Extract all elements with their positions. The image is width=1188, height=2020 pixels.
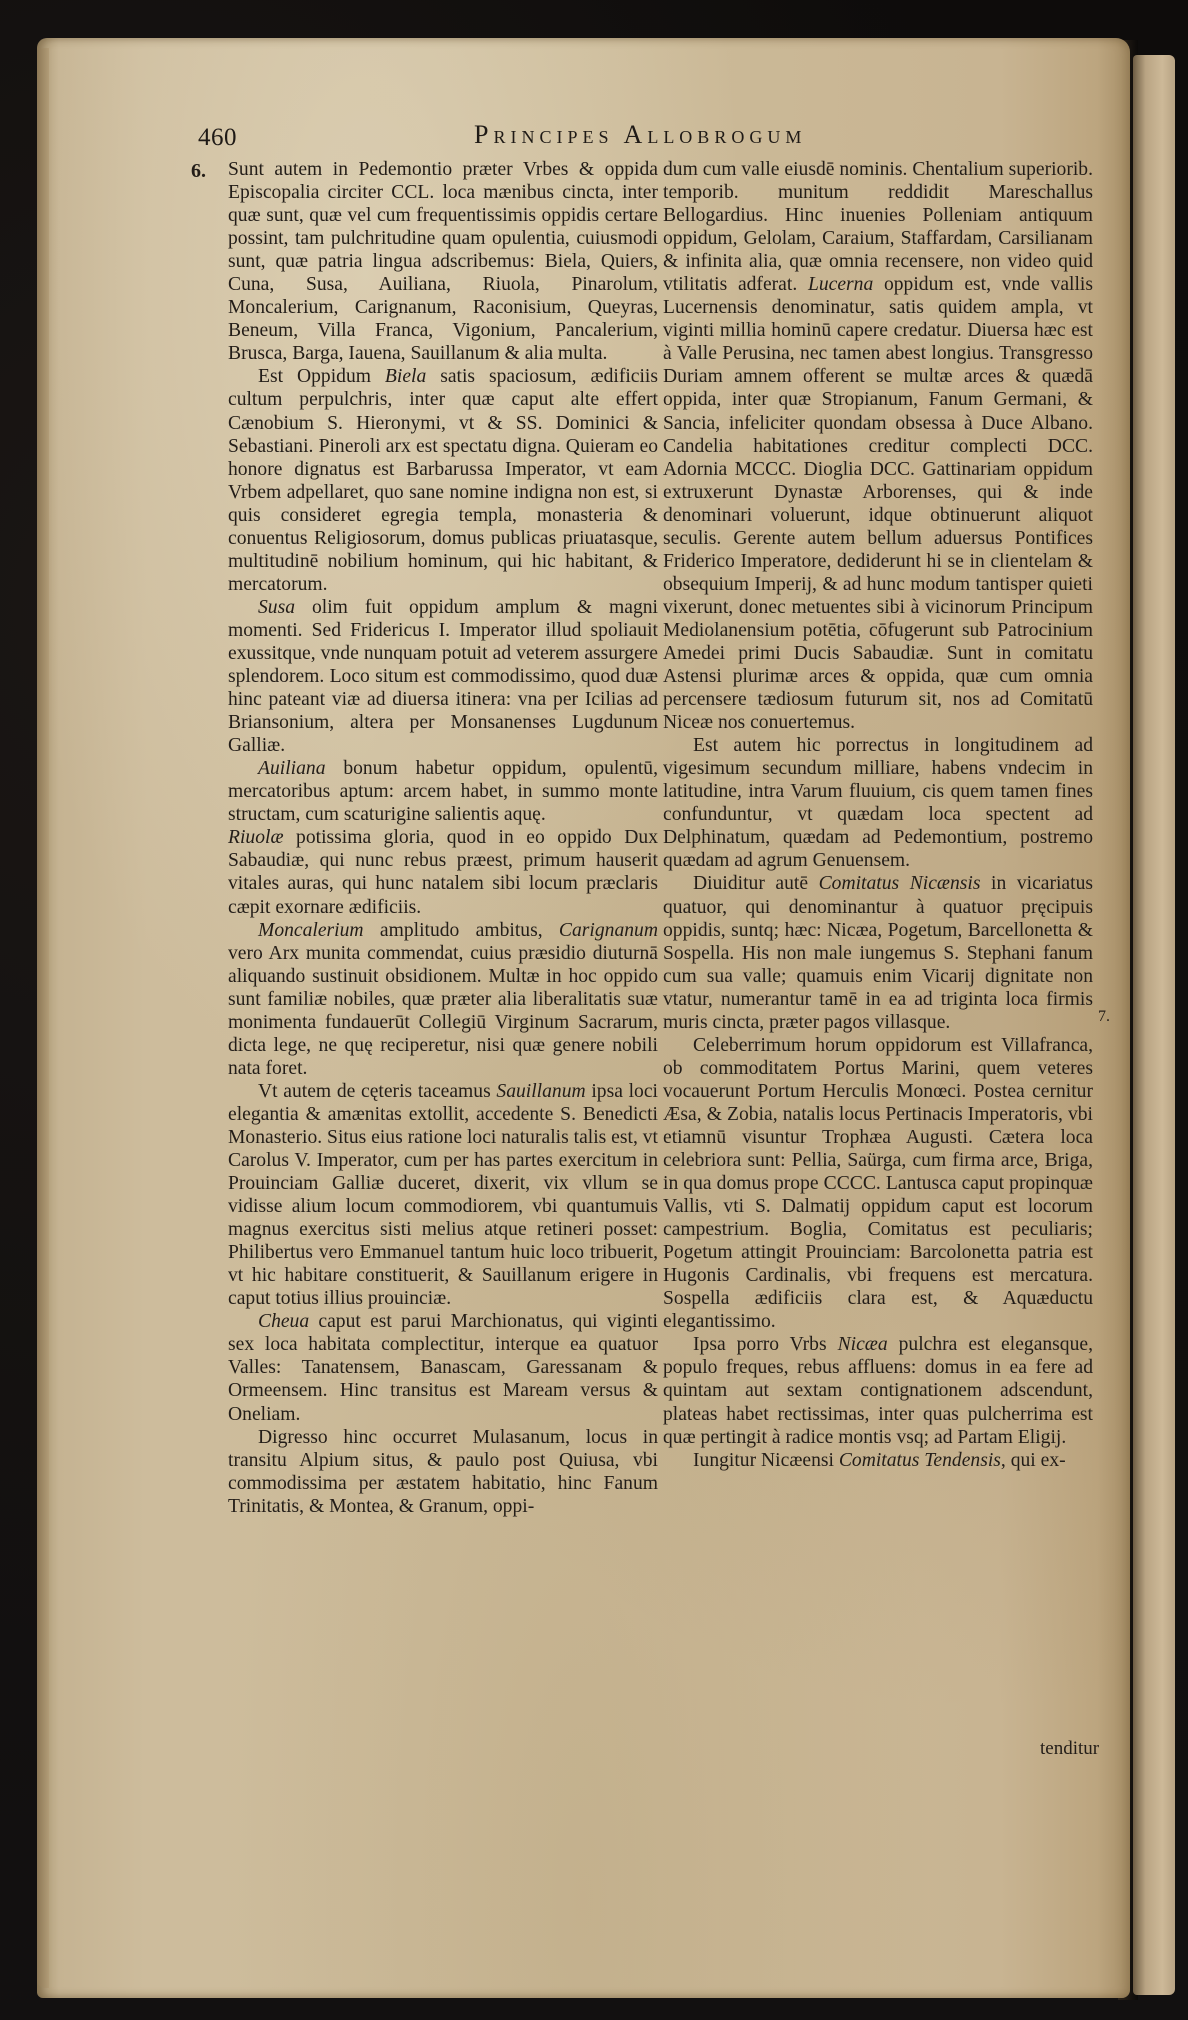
place-name: Moncalerium [258,920,364,941]
paragraph: Vt autem de cęteris taceamus Sauillanum … [228,1080,658,1310]
catchword: tenditur [1040,1738,1099,1760]
paragraph-text: Digresso hinc occurret Mulasanum, locus … [228,1427,658,1517]
paragraph-text: Sunt autem in Pedemontio præter Vrbes & … [228,159,658,364]
paragraph: Sunt autem in Pedemontio præter Vrbes & … [228,158,658,365]
page-header: 460 Principes Allobrogum [198,120,1098,156]
paragraph: Est Oppidum Biela satis spaciosum, ædifi… [228,365,658,595]
paragraph-text: Est Oppidum [258,366,385,387]
paragraph-text: amplitudo ambitus, [364,920,559,941]
paragraph: Auiliana bonum habetur oppidum, opulentū… [228,757,658,826]
paragraph-text: satis spaciosum, ædificiis cultum perpul… [228,366,658,594]
place-name: Comitatus Tendensis [839,1450,1001,1471]
place-name: Carignanum [559,920,658,941]
place-name: Comitatus Nicænsis [819,873,981,894]
place-name: Nicæa [838,1334,888,1355]
paragraph: Riuolæ potissima gloria, quod in eo oppi… [228,826,658,918]
place-name: Lucerna [808,274,873,295]
paragraph: Est autem hic porrectus in longitudinem … [663,734,1093,872]
paragraph: Iungitur Nicæensi Comitatus Tendensis, q… [663,1449,1093,1472]
place-name: Auiliana [258,758,326,779]
place-name: Cheua [258,1311,309,1332]
paragraph-text: Iungitur Nicæensi [693,1450,839,1471]
paragraph: Susa olim fuit oppidum amplum & magni mo… [228,596,658,757]
paragraph: Digresso hinc occurret Mulasanum, locus … [228,1426,658,1518]
place-name: Sauillanum [496,1081,585,1102]
left-column: Sunt autem in Pedemontio præter Vrbes & … [228,158,658,1518]
place-name: Biela [385,366,426,387]
paragraph: Diuiditur autē Comitatus Nicænsis in vic… [663,872,1093,1033]
paragraph-text: potissima gloria, quod in eo oppido Dux … [228,827,658,917]
section-number-right: 7. [1098,1008,1110,1026]
paragraph: Cheua caput est parui Marchionatus, qui … [228,1310,658,1425]
adjacent-page-edge [1133,55,1175,1995]
paragraph: dum cum valle eiusdē nominis. Chentalium… [663,158,1093,734]
section-number-left: 6. [191,160,206,183]
paragraph-text: oppidum est, vnde vallis Lucernensis den… [663,274,1093,733]
paragraph-text: Vt autem de cęteris taceamus [258,1081,496,1102]
paragraph-text: vero Arx munita commendat, cuius præsidi… [228,943,658,1079]
running-head: Principes Allobrogum [474,120,806,150]
page-binding-edge [37,48,49,1988]
paragraph-text: in vicariatus quatuor, qui denominantur … [663,873,1093,1032]
paragraph-text: Diuiditur autē [693,873,819,894]
place-name: Riuolæ [228,827,284,848]
paragraph-text: , qui ex- [1001,1450,1066,1471]
paragraph-text: Celeberrimum horum oppidorum est Villafr… [663,1035,1093,1333]
paragraph-text: ipsa loci elegantia & amænitas extollit,… [228,1081,658,1309]
paragraph: Moncalerium amplitudo ambitus, Carignanu… [228,919,658,1080]
page-number: 460 [198,124,237,152]
paragraph-text: olim fuit oppidum amplum & magni momenti… [228,597,658,756]
paragraph: Celeberrimum horum oppidorum est Villafr… [663,1034,1093,1334]
right-column: dum cum valle eiusdē nominis. Chentalium… [663,158,1093,1472]
paragraph-text: Est autem hic porrectus in longitudinem … [663,735,1093,871]
paragraph-text: Ipsa porro Vrbs [693,1334,838,1355]
paragraph: Ipsa porro Vrbs Nicæa pulchra est elegan… [663,1333,1093,1448]
place-name: Susa [258,597,295,618]
